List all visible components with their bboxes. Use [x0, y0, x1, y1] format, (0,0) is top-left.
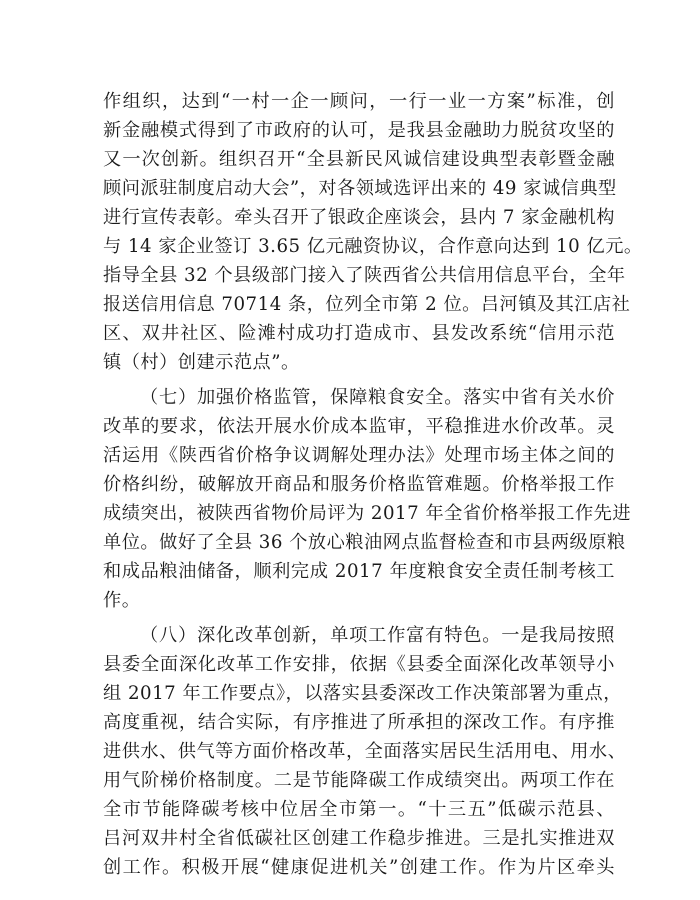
document-body: 作组织，达到“一村一企一顾问，一行一业一方案”标准，创 新金融模式得到了市政府的… [103, 87, 615, 888]
text-line: 又一次创新。组织召开“全县新民风诚信建设典型表彰暨金融 [103, 145, 615, 174]
section-heading-line: （七）加强价格监管，保障粮食安全。落实中省有关水价 [103, 383, 615, 412]
text-line: 县委全面深化改革工作安排，依据《县委全面深化改革领导小 [103, 650, 615, 679]
text-line: 价格纠纷，破解放开商品和服务价格监管难题。价格举报工作 [103, 470, 615, 499]
text-line: 和成品粮油储备，顺利完成 2017 年度粮食安全责任制考核工 [103, 557, 615, 586]
text-line: 进行宣传表彰。牵头召开了银政企座谈会，县内 7 家金融机构 [103, 203, 615, 232]
text-line: 吕河双井村全省低碳社区创建工作稳步推进。三是扎实推进双 [103, 824, 615, 853]
text-line: 作组织，达到“一村一企一顾问，一行一业一方案”标准，创 [103, 87, 615, 116]
paragraph-finance-credit: 作组织，达到“一村一企一顾问，一行一业一方案”标准，创 新金融模式得到了市政府的… [103, 87, 615, 377]
text-line: 区、双井社区、险滩村成功打造成市、县发改系统“信用示范 [103, 319, 615, 348]
paragraph-section-8-reform-innovation: （八）深化改革创新，单项工作富有特色。一是我局按照 县委全面深化改革工作安排，依… [103, 621, 615, 882]
text-line: 新金融模式得到了市政府的认可，是我县金融助力脱贫攻坚的 [103, 116, 615, 145]
text-line: 报送信用信息 70714 条，位列全市第 2 位。吕河镇及其江店社 [103, 290, 615, 319]
text-line: 创工作。积极开展“健康促进机关”创建工作。作为片区牵头 [103, 853, 615, 882]
text-line: 成绩突出，被陕西省物价局评为 2017 年全省价格举报工作先进 [103, 499, 615, 528]
text-line: 组 2017 年工作要点》，以落实县委深改工作决策部署为重点， [103, 679, 615, 708]
text-line: 全市节能降碳考核中位居全市第一。“十三五”低碳示范县、 [103, 795, 615, 824]
text-line: 高度重视，结合实际，有序推进了所承担的深改工作。有序推 [103, 708, 615, 737]
text-line: 活运用《陕西省价格争议调解处理办法》处理市场主体之间的 [103, 441, 615, 470]
text-line: 镇（村）创建示范点”。 [103, 348, 615, 377]
text-line: 顾问派驻制度启动大会”，对各领域选评出来的 49 家诚信典型 [103, 174, 615, 203]
text-line: 作。 [103, 586, 615, 615]
text-line: 单位。做好了全县 36 个放心粮油网点监督检查和市县两级原粮 [103, 528, 615, 557]
section-heading-line: （八）深化改革创新，单项工作富有特色。一是我局按照 [103, 621, 615, 650]
text-line: 指导全县 32 个县级部门接入了陕西省公共信用信息平台，全年 [103, 261, 615, 290]
text-line: 与 14 家企业签订 3.65 亿元融资协议，合作意向达到 10 亿元。 [103, 232, 615, 261]
paragraph-section-7-price-supervision: （七）加强价格监管，保障粮食安全。落实中省有关水价 改革的要求，依法开展水价成本… [103, 383, 615, 615]
document-page: 作组织，达到“一村一企一顾问，一行一业一方案”标准，创 新金融模式得到了市政府的… [0, 0, 700, 900]
text-line: 用气阶梯价格制度。二是节能降碳工作成绩突出。两项工作在 [103, 766, 615, 795]
text-line: 改革的要求，依法开展水价成本监审，平稳推进水价改革。灵 [103, 412, 615, 441]
text-line: 进供水、供气等方面价格改革，全面落实居民生活用电、用水、 [103, 737, 615, 766]
